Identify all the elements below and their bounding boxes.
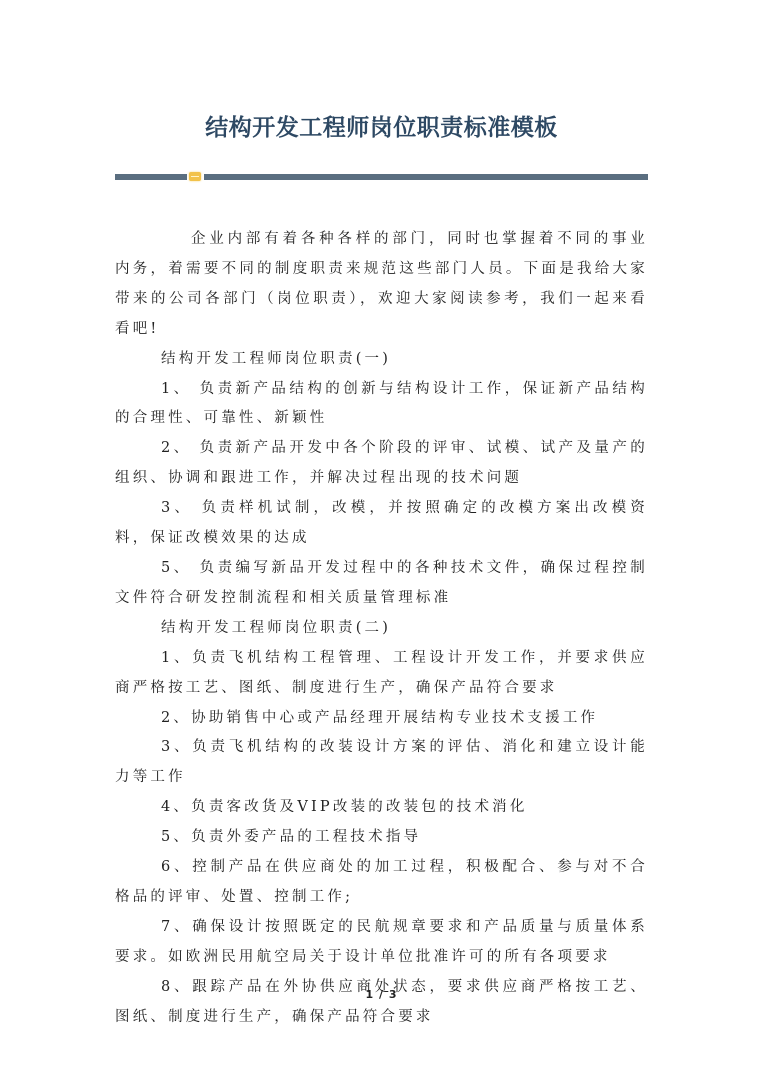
page-title: 结构开发工程师岗位职责标准模板: [0, 110, 763, 146]
section-2-item: 3、负责飞机结构的改装设计方案的评估、消化和建立设计能力等工作: [115, 733, 648, 793]
section-1-item: 3、 负责样机试制，改模，并按照确定的改模方案出改模资料，保证改模效果的达成: [115, 494, 648, 554]
intro-paragraph: 企业内部有着各种各样的部门，同时也掌握着不同的事业内务，着需要不同的制度职责来规…: [115, 225, 648, 345]
section-2-item: 1、负责飞机结构工程管理、工程设计开发工作，并要求供应商严格按工艺、图纸、制度进…: [115, 644, 648, 704]
section-1-item: 5、 负责编写新品开发过程中的各种技术文件，确保过程控制文件符合研发控制流程和相…: [115, 554, 648, 614]
divider-bar-left: [115, 174, 187, 180]
document-body: 企业内部有着各种各样的部门，同时也掌握着不同的事业内务，着需要不同的制度职责来规…: [115, 225, 648, 1032]
section-heading-2: 结构开发工程师岗位职责(二): [115, 614, 648, 644]
divider-badge-icon: [189, 172, 201, 181]
section-2-item: 4、负责客改货及VIP改装的改装包的技术消化: [115, 793, 648, 823]
section-2-item: 5、负责外委产品的工程技术指导: [115, 823, 648, 853]
section-2-item: 8、跟踪产品在外协供应商处状态，要求供应商严格按工艺、图纸、制度进行生产，确保产…: [115, 973, 648, 1033]
title-divider: [115, 174, 648, 180]
section-1-item: 2、 负责新产品开发中各个阶段的评审、试模、试产及量产的组织、协调和跟进工作，并…: [115, 434, 648, 494]
section-2-item: 6、控制产品在供应商处的加工过程，积极配合、参与对不合格品的评审、处置、控制工作…: [115, 853, 648, 913]
section-2-item: 7、确保设计按照既定的民航规章要求和产品质量与质量体系要求。如欧洲民用航空局关于…: [115, 913, 648, 973]
section-1-item: 1、 负责新产品结构的创新与结构设计工作，保证新产品结构的合理性、可靠性、新颖性: [115, 375, 648, 435]
section-2-item: 2、协助销售中心或产品经理开展结构专业技术支援工作: [115, 704, 648, 734]
section-heading-1: 结构开发工程师岗位职责(一): [115, 345, 648, 375]
divider-bar-right: [204, 174, 648, 180]
page-number: 1 / 3: [0, 988, 763, 1001]
